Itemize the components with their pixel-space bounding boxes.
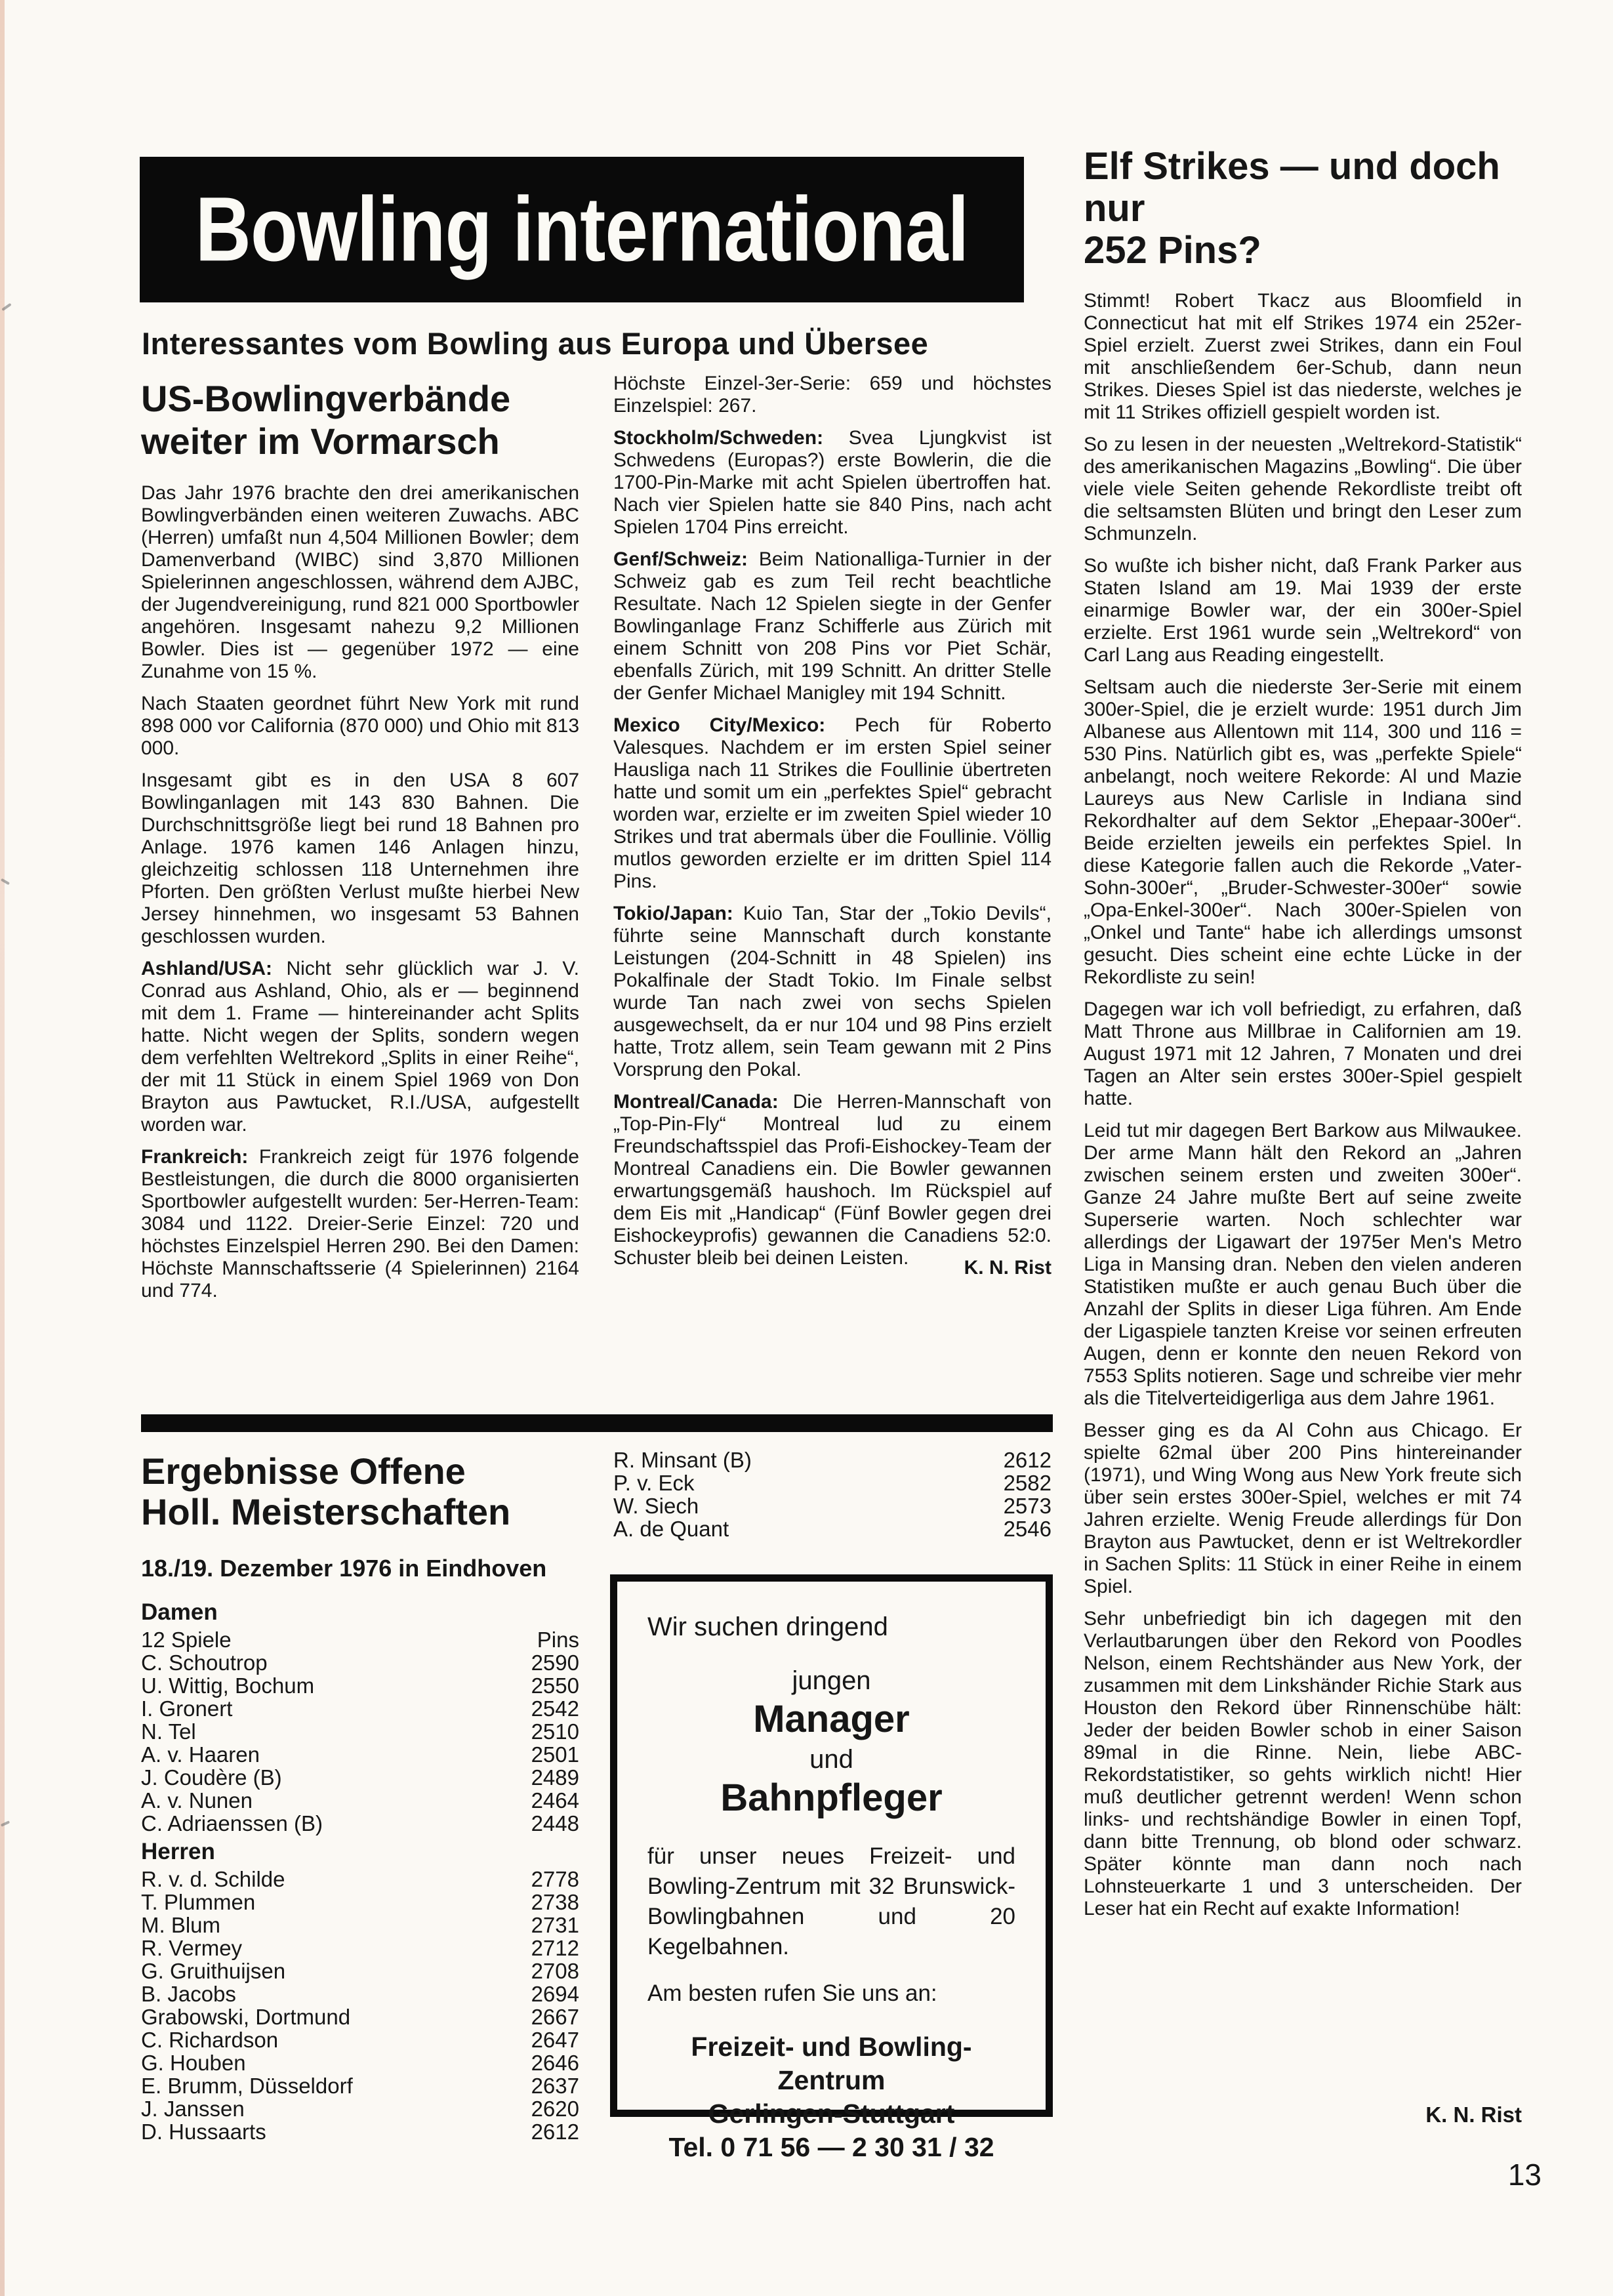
row-name: T. Plummen: [141, 1891, 255, 1914]
paragraph: Tokio/Japan: Kuio Tan, Star der „Tokio D…: [613, 903, 1052, 1081]
table-row: M. Blum2731: [141, 1914, 579, 1937]
row-name: E. Brumm, Düsseldorf: [141, 2074, 353, 2097]
row-name: C. Richardson: [141, 2028, 278, 2051]
row-name: R. v. d. Schilde: [141, 1868, 285, 1891]
paragraph: Insgesamt gibt es in den USA 8 607 Bowli…: [141, 769, 579, 948]
row-name: N. Tel: [141, 1720, 196, 1743]
row-pins: 2612: [1004, 1448, 1052, 1471]
scan-edge-strip: [0, 0, 5, 2296]
paragraph: So wußte ich bisher nicht, daß Frank Par…: [1084, 555, 1522, 666]
table-row: B. Jacobs2694: [141, 1982, 579, 2005]
paragraph-text: Leid tut mir dagegen Bert Barkow aus Mil…: [1084, 1120, 1522, 1409]
heading-line: weiter im Vormarsch: [141, 420, 500, 462]
row-pins: 2582: [1004, 1471, 1052, 1494]
results-group-damen: Damen: [141, 1599, 579, 1626]
paragraph-text: So wußte ich bisher nicht, daß Frank Par…: [1084, 555, 1522, 666]
table-row: A. v. Nunen2464: [141, 1789, 579, 1812]
results-table-herren: R. v. d. Schilde2778T. Plummen2738M. Blu…: [141, 1868, 579, 2143]
row-name: P. v. Eck: [613, 1471, 695, 1494]
results-section: Ergebnisse OffeneHoll. Meisterschaften 1…: [141, 1451, 579, 2143]
table-row: C. Schoutrop2590: [141, 1651, 579, 1674]
paragraph-text: Sehr unbefriedigt bin ich dagegen mit de…: [1084, 1608, 1522, 1919]
paragraph: So zu lesen in der neuesten „Weltrekord-…: [1084, 434, 1522, 545]
row-name: M. Blum: [141, 1914, 220, 1937]
row-name: A. de Quant: [613, 1517, 729, 1540]
row-name: G. Gruithuijsen: [141, 1959, 285, 1982]
row-name: R. Minsant (B): [613, 1448, 752, 1471]
article-body: Das Jahr 1976 brachte den drei amerikani…: [141, 482, 579, 1302]
row-pins: 2620: [531, 2097, 579, 2120]
row-pins: 2546: [1004, 1517, 1052, 1540]
article-body: Stimmt! Robert Tkacz aus Bloomfield in C…: [1084, 290, 1522, 1920]
paragraph-text: Nicht sehr glücklich war J. V. Conrad au…: [141, 958, 579, 1136]
paragraph-lead: Tokio/Japan:: [613, 903, 743, 924]
paragraph: Montreal/Canada: Die Herren-Mannschaft v…: [613, 1091, 1052, 1269]
results-date-location: 18./19. Dezember 1976 in Eindhoven: [141, 1555, 579, 1582]
paragraph-text: Seltsam auch die niederste 3er-Serie mit…: [1084, 676, 1522, 988]
row-name: A. v. Haaren: [141, 1743, 260, 1766]
row-pins: 2489: [531, 1766, 579, 1789]
table-row: G. Houben2646: [141, 2051, 579, 2074]
paragraph: Stockholm/Schweden: Svea Ljungkvist ist …: [613, 427, 1052, 539]
table-row: E. Brumm, Düsseldorf2637: [141, 2074, 579, 2097]
row-pins: 2647: [531, 2028, 579, 2051]
paragraph: Besser ging es da Al Cohn aus Chicago. E…: [1084, 1420, 1522, 1598]
paragraph: Leid tut mir dagegen Bert Barkow aus Mil…: [1084, 1120, 1522, 1410]
row-pins: 2510: [531, 1720, 579, 1743]
paragraph: Das Jahr 1976 brachte den drei amerikani…: [141, 482, 579, 683]
paragraph: Nach Staaten geordnet führt New York mit…: [141, 693, 579, 760]
middle-column: Höchste Einzel-3er-Serie: 659 und höchst…: [613, 373, 1052, 1279]
masthead-subtitle: Interessantes vom Bowling aus Europa und…: [142, 325, 1060, 361]
paragraph-lead: Mexico City/Mexico:: [613, 714, 855, 736]
row-pins: 2778: [531, 1868, 579, 1891]
row-pins: 2667: [531, 2005, 579, 2028]
paragraph-lead: Ashland/USA:: [141, 958, 287, 979]
paragraph-text: Die Herren-Mannschaft von „Top-Pin-Fly“ …: [613, 1091, 1052, 1269]
page-number: 13: [1469, 2157, 1542, 2192]
row-pins: 2694: [531, 1982, 579, 2005]
row-pins: 2573: [1004, 1494, 1052, 1517]
row-name: R. Vermey: [141, 1937, 242, 1959]
row-pins: 2738: [531, 1891, 579, 1914]
paragraph-text: Frankreich zeigt für 1976 folgende Bestl…: [141, 1146, 579, 1302]
paragraph-lead: Frankreich:: [141, 1146, 259, 1168]
paragraph-text: Insgesamt gibt es in den USA 8 607 Bowli…: [141, 769, 579, 947]
paragraph: Genf/Schweiz: Beim Nationalliga-Turnier …: [613, 548, 1052, 705]
table-row: U. Wittig, Bochum2550: [141, 1674, 579, 1697]
paragraph: Seltsam auch die niederste 3er-Serie mit…: [1084, 676, 1522, 989]
results-table-damen: 12 Spiele Pins C. Schoutrop2590U. Wittig…: [141, 1628, 579, 1835]
article-heading-us: US-Bowlingverbändeweiter im Vormarsch: [141, 377, 579, 462]
table-row: D. Hussaarts2612: [141, 2120, 579, 2143]
row-pins: 2646: [531, 2051, 579, 2074]
heading-line: Holl. Meisterschaften: [141, 1491, 510, 1532]
paragraph-text: Stimmt! Robert Tkacz aus Bloomfield in C…: [1084, 290, 1522, 423]
paragraph-text: Nach Staaten geordnet führt New York mit…: [141, 693, 579, 759]
paragraph-lead: Montreal/Canada:: [613, 1091, 793, 1113]
heading-line: Ergebnisse Offene: [141, 1450, 466, 1492]
table-row: R. Minsant (B)2612: [613, 1448, 1052, 1471]
magazine-page: Bowling international Interessantes vom …: [0, 0, 1613, 2296]
paragraph-text: Pech für Roberto Valesques. Nachdem er i…: [613, 714, 1052, 892]
paragraph: Sehr unbefriedigt bin ich dagegen mit de…: [1084, 1608, 1522, 1920]
table-row: R. Vermey2712: [141, 1937, 579, 1959]
paragraph: Ashland/USA: Nicht sehr glücklich war J.…: [141, 958, 579, 1136]
table-row: J. Janssen2620: [141, 2097, 579, 2120]
row-name: W. Siech: [613, 1494, 699, 1517]
row-pins: 2731: [531, 1914, 579, 1937]
paragraph-lead: Genf/Schweiz:: [613, 548, 759, 570]
row-name: D. Hussaarts: [141, 2120, 266, 2143]
ad-role-manager: Manager: [647, 1698, 1015, 1740]
ad-body-text: für unser neues Freizeit- und Bowling-Ze…: [647, 1841, 1015, 1962]
row-name: J. Coudère (B): [141, 1766, 282, 1789]
row-pins: 2501: [531, 1743, 579, 1766]
section-divider-bar: [141, 1414, 1053, 1432]
paragraph-text: Das Jahr 1976 brachte den drei amerikani…: [141, 482, 579, 682]
job-ad-box: Wir suchen dringend jungen Manager und B…: [610, 1574, 1053, 2117]
table-row: A. de Quant2546: [613, 1517, 1052, 1540]
results-group-herren: Herren: [141, 1839, 579, 1865]
row-pins: 2612: [531, 2120, 579, 2143]
table-row: T. Plummen2738: [141, 1891, 579, 1914]
row-pins: 2637: [531, 2074, 579, 2097]
row-pins: 2542: [531, 1697, 579, 1720]
row-pins: 2590: [531, 1651, 579, 1674]
paragraph: Stimmt! Robert Tkacz aus Bloomfield in C…: [1084, 290, 1522, 424]
row-name: U. Wittig, Bochum: [141, 1674, 314, 1697]
article-body: Höchste Einzel-3er-Serie: 659 und höchst…: [613, 373, 1052, 1269]
paragraph-lead: Stockholm/Schweden:: [613, 427, 849, 449]
paragraph: Dagegen war ich voll befriedigt, zu erfa…: [1084, 998, 1522, 1110]
table-row: A. v. Haaren2501: [141, 1743, 579, 1766]
row-name: C. Schoutrop: [141, 1651, 268, 1674]
row-name: I. Gronert: [141, 1697, 232, 1720]
ad-und: und: [647, 1744, 1015, 1774]
table-body: C. Schoutrop2590U. Wittig, Bochum2550I. …: [141, 1651, 579, 1835]
paragraph: Höchste Einzel-3er-Serie: 659 und höchst…: [613, 373, 1052, 417]
header-value: Pins: [537, 1628, 579, 1651]
table-row: R. v. d. Schilde2778: [141, 1868, 579, 1891]
ad-intro: Wir suchen dringend: [647, 1612, 1015, 1642]
heading-line: Elf Strikes — und doch nur: [1084, 145, 1500, 230]
ad-company-city: Gerlingen-Stuttgart: [647, 2097, 1015, 2131]
table-row: N. Tel2510: [141, 1720, 579, 1743]
results-heading: Ergebnisse OffeneHoll. Meisterschaften: [141, 1451, 579, 1532]
masthead-banner: Bowling international: [140, 157, 1024, 302]
paragraph-text: Besser ging es da Al Cohn aus Chicago. E…: [1084, 1420, 1522, 1597]
header-name: 12 Spiele: [141, 1628, 232, 1651]
table-row: C. Richardson2647: [141, 2028, 579, 2051]
heading-line: 252 Pins?: [1084, 229, 1261, 272]
paragraph: Frankreich: Frankreich zeigt für 1976 fo…: [141, 1146, 579, 1302]
paragraph-text: So zu lesen in der neuesten „Weltrekord-…: [1084, 434, 1522, 544]
right-column: Elf Strikes — und doch nur252 Pins? Stim…: [1084, 146, 1522, 1930]
row-name: A. v. Nunen: [141, 1789, 253, 1812]
table-row: Grabowski, Dortmund2667: [141, 2005, 579, 2028]
table-row: W. Siech2573: [613, 1494, 1052, 1517]
row-pins: 2550: [531, 1674, 579, 1697]
article-heading-elf-strikes: Elf Strikes — und doch nur252 Pins?: [1084, 146, 1522, 272]
table-header-row: 12 Spiele Pins: [141, 1628, 579, 1651]
table-row: G. Gruithuijsen2708: [141, 1959, 579, 1982]
row-pins: 2712: [531, 1937, 579, 1959]
paragraph-text: Kuio Tan, Star der „Tokio Devils“, führt…: [613, 903, 1052, 1080]
row-name: B. Jacobs: [141, 1982, 236, 2005]
paragraph: Mexico City/Mexico: Pech für Roberto Val…: [613, 714, 1052, 893]
ad-jungen: jungen: [647, 1666, 1015, 1696]
row-name: J. Janssen: [141, 2097, 245, 2120]
row-pins: 2448: [531, 1812, 579, 1835]
byline: K. N. Rist: [1084, 2102, 1522, 2127]
table-row: P. v. Eck2582: [613, 1471, 1052, 1494]
ad-company-name: Freizeit- und Bowling-Zentrum: [647, 2030, 1015, 2097]
row-name: Grabowski, Dortmund: [141, 2005, 350, 2028]
left-column: US-Bowlingverbändeweiter im Vormarsch Da…: [141, 377, 579, 1312]
paragraph-text: Beim Nationalliga-Turnier in der Schweiz…: [613, 548, 1052, 704]
ad-role-bahnpfleger: Bahnpfleger: [647, 1777, 1015, 1819]
masthead-title: Bowling international: [195, 177, 969, 282]
paragraph-text: Dagegen war ich voll befriedigt, zu erfa…: [1084, 998, 1522, 1109]
heading-line: US-Bowlingverbände: [141, 378, 510, 419]
row-name: G. Houben: [141, 2051, 246, 2074]
ad-company-block: Freizeit- und Bowling-Zentrum Gerlingen-…: [647, 2030, 1015, 2164]
table-row: I. Gronert2542: [141, 1697, 579, 1720]
ad-call-to-action: Am besten rufen Sie uns an:: [647, 1979, 1015, 2008]
paragraph-text: Höchste Einzel-3er-Serie: 659 und höchst…: [613, 373, 1052, 417]
row-pins: 2464: [531, 1789, 579, 1812]
ad-company-phone: Tel. 0 71 56 — 2 30 31 / 32: [647, 2131, 1015, 2164]
row-pins: 2708: [531, 1959, 579, 1982]
row-name: C. Adriaenssen (B): [141, 1812, 323, 1835]
results-table-continuation: R. Minsant (B)2612P. v. Eck2582W. Siech2…: [613, 1448, 1052, 1540]
table-row: J. Coudère (B)2489: [141, 1766, 579, 1789]
table-row: C. Adriaenssen (B)2448: [141, 1812, 579, 1835]
